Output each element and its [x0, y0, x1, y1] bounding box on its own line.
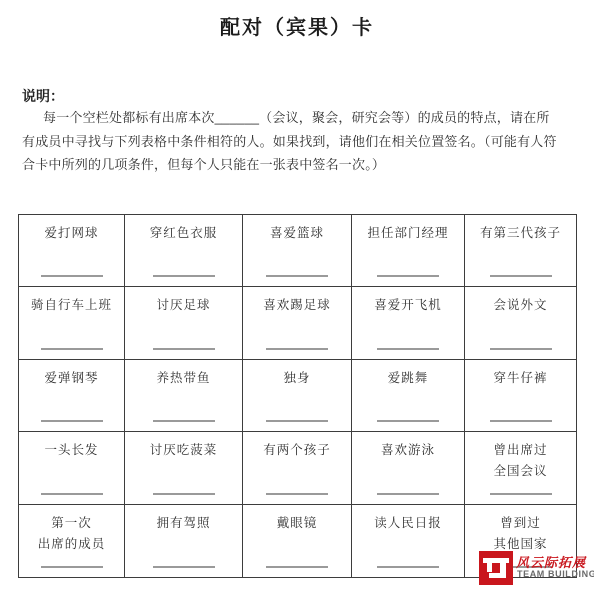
signature-line: [41, 566, 103, 568]
bingo-cell: 有两个孩子: [243, 432, 352, 504]
bingo-cell: 曾出席过 全国会议: [465, 432, 576, 504]
instruction-line-3: 合卡中所列的几项条件，但每个人只能在一张表中签名一次。）: [22, 153, 582, 177]
page-title: 配对（宾果）卡: [0, 11, 594, 40]
cell-label: 曾出席过 全国会议: [465, 432, 576, 482]
cell-label: 讨厌足球: [125, 287, 242, 316]
bingo-cell: 喜欢踢足球: [243, 287, 352, 359]
brand-watermark: 风云际拓展 TEAM BUILDING: [479, 551, 589, 591]
signature-line: [377, 493, 439, 495]
cell-label: 喜欢游泳: [352, 432, 464, 461]
bingo-cell: 爱打网球: [19, 215, 125, 287]
cell-label: 喜爱篮球: [243, 215, 351, 244]
cell-label: 爱弹钢琴: [19, 360, 124, 389]
cell-label: 喜爱开飞机: [352, 287, 464, 316]
signature-line: [490, 493, 552, 495]
cell-label: 爱打网球: [19, 215, 124, 244]
signature-line: [377, 566, 439, 568]
cell-label: 独身: [243, 360, 351, 389]
bingo-cell: 戴眼镜: [243, 505, 352, 577]
cell-label: 戴眼镜: [243, 505, 351, 534]
bingo-cell: 喜欢游泳: [352, 432, 465, 504]
bingo-card-table: 爱打网球 穿红色衣服 喜爱篮球 担任部门经理 有第三代孩子 骑自行车上班 讨厌足…: [18, 214, 577, 578]
signature-line: [490, 348, 552, 350]
bingo-cell: 喜爱篮球: [243, 215, 352, 287]
bingo-cell: 穿红色衣服: [125, 215, 243, 287]
signature-line: [41, 348, 103, 350]
cell-label: 骑自行车上班: [19, 287, 124, 316]
signature-line: [153, 348, 215, 350]
instruction-line-1: 每一个空栏处都标有出席本次______（会议，聚会，研究会等）的成员的特点，请在…: [22, 106, 582, 130]
signature-line: [153, 420, 215, 422]
signature-line: [153, 275, 215, 277]
cell-label: 爱跳舞: [352, 360, 464, 389]
cell-label: 第一次 出席的成员: [19, 505, 124, 555]
bingo-cell: 有第三代孩子: [465, 215, 576, 287]
cell-label: 有两个孩子: [243, 432, 351, 461]
cell-label: 担任部门经理: [352, 215, 464, 244]
bingo-cell: 骑自行车上班: [19, 287, 125, 359]
cell-label: 穿红色衣服: [125, 215, 242, 244]
bingo-cell: 爱跳舞: [352, 360, 465, 432]
bingo-cell: 会说外文: [465, 287, 576, 359]
cell-label: 讨厌吃菠菜: [125, 432, 242, 461]
fy-logo-icon: [479, 551, 513, 590]
signature-line: [266, 275, 328, 277]
cell-label: 拥有驾照: [125, 505, 242, 534]
signature-line: [377, 275, 439, 277]
bingo-cell: 爱弹钢琴: [19, 360, 125, 432]
bingo-cell: 第一次 出席的成员: [19, 505, 125, 577]
cell-label: 穿牛仔裤: [465, 360, 576, 389]
bingo-cell: 独身: [243, 360, 352, 432]
bingo-cell: 喜爱开飞机: [352, 287, 465, 359]
signature-line: [377, 420, 439, 422]
signature-line: [266, 420, 328, 422]
signature-line: [153, 566, 215, 568]
signature-line: [153, 493, 215, 495]
bingo-cell: 一头长发: [19, 432, 125, 504]
cell-label: 喜欢踢足球: [243, 287, 351, 316]
bingo-cell: 穿牛仔裤: [465, 360, 576, 432]
signature-line: [41, 493, 103, 495]
signature-line: [490, 275, 552, 277]
bingo-cell: 讨厌吃菠菜: [125, 432, 243, 504]
signature-line: [41, 275, 103, 277]
bingo-cell: 读人民日报: [352, 505, 465, 577]
bingo-cell: 讨厌足球: [125, 287, 243, 359]
bingo-cell: 拥有驾照: [125, 505, 243, 577]
bingo-cell: 养热带鱼: [125, 360, 243, 432]
cell-label: 曾到过 其他国家: [465, 505, 576, 555]
signature-line: [266, 566, 328, 568]
cell-label: 有第三代孩子: [465, 215, 576, 244]
bingo-cell: 担任部门经理: [352, 215, 465, 287]
cell-label: 读人民日报: [352, 505, 464, 534]
bingo-card-document: 配对（宾果）卡 说明： 每一个空栏处都标有出席本次______（会议，聚会，研究…: [0, 0, 594, 591]
signature-line: [266, 348, 328, 350]
cell-label: 一头长发: [19, 432, 124, 461]
cell-label: 会说外文: [465, 287, 576, 316]
instructions-heading: 说明：: [22, 86, 64, 106]
cell-label: 养热带鱼: [125, 360, 242, 389]
instruction-line-2: 有成员中寻找与下列表格中条件相符的人。如果找到，请他们在相关位置签名。（可能有人…: [22, 130, 582, 154]
signature-line: [266, 493, 328, 495]
instructions-paragraph: 每一个空栏处都标有出席本次______（会议，聚会，研究会等）的成员的特点，请在…: [22, 106, 582, 177]
logo-en-text: TEAM BUILDING: [517, 569, 594, 579]
signature-line: [490, 420, 552, 422]
signature-line: [377, 348, 439, 350]
signature-line: [41, 420, 103, 422]
